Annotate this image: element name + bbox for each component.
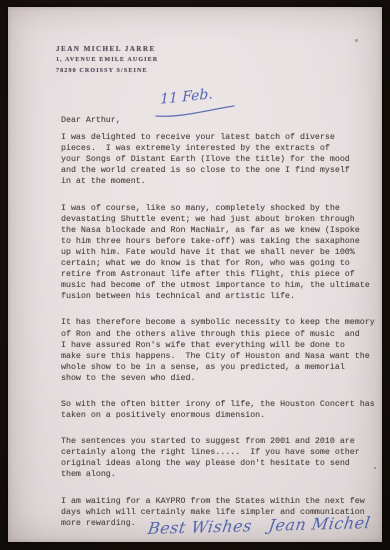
body-paragraph-5: The sentences you started to suggest fro…	[61, 436, 383, 480]
letter-paper: JEAN MICHEL JARRE 1, AVENUE EMILE AUGIER…	[8, 7, 382, 542]
letter-body: Dear Arthur, I was delighted to receive …	[61, 115, 383, 544]
letterhead: JEAN MICHEL JARRE 1, AVENUE EMILE AUGIER…	[56, 44, 158, 77]
paper-speck	[374, 467, 376, 469]
photo-background: JEAN MICHEL JARRE 1, AVENUE EMILE AUGIER…	[0, 0, 390, 550]
paper-speck	[355, 39, 358, 42]
letterhead-name: JEAN MICHEL JARRE	[56, 44, 158, 55]
letterhead-address-line1: 1, AVENUE EMILE AUGIER	[56, 55, 158, 66]
letterhead-address-line2: 78290 CROISSY S/SEINE	[56, 66, 158, 77]
body-paragraph-1: I was delighted to receive your latest b…	[61, 132, 383, 187]
salutation: Dear Arthur,	[61, 115, 383, 126]
body-paragraph-4: So with the often bitter irony of life, …	[61, 399, 383, 421]
body-paragraph-3: It has therefore become a symbolic neces…	[61, 317, 383, 384]
body-paragraph-2: I was of course, like so many, completel…	[61, 203, 383, 303]
